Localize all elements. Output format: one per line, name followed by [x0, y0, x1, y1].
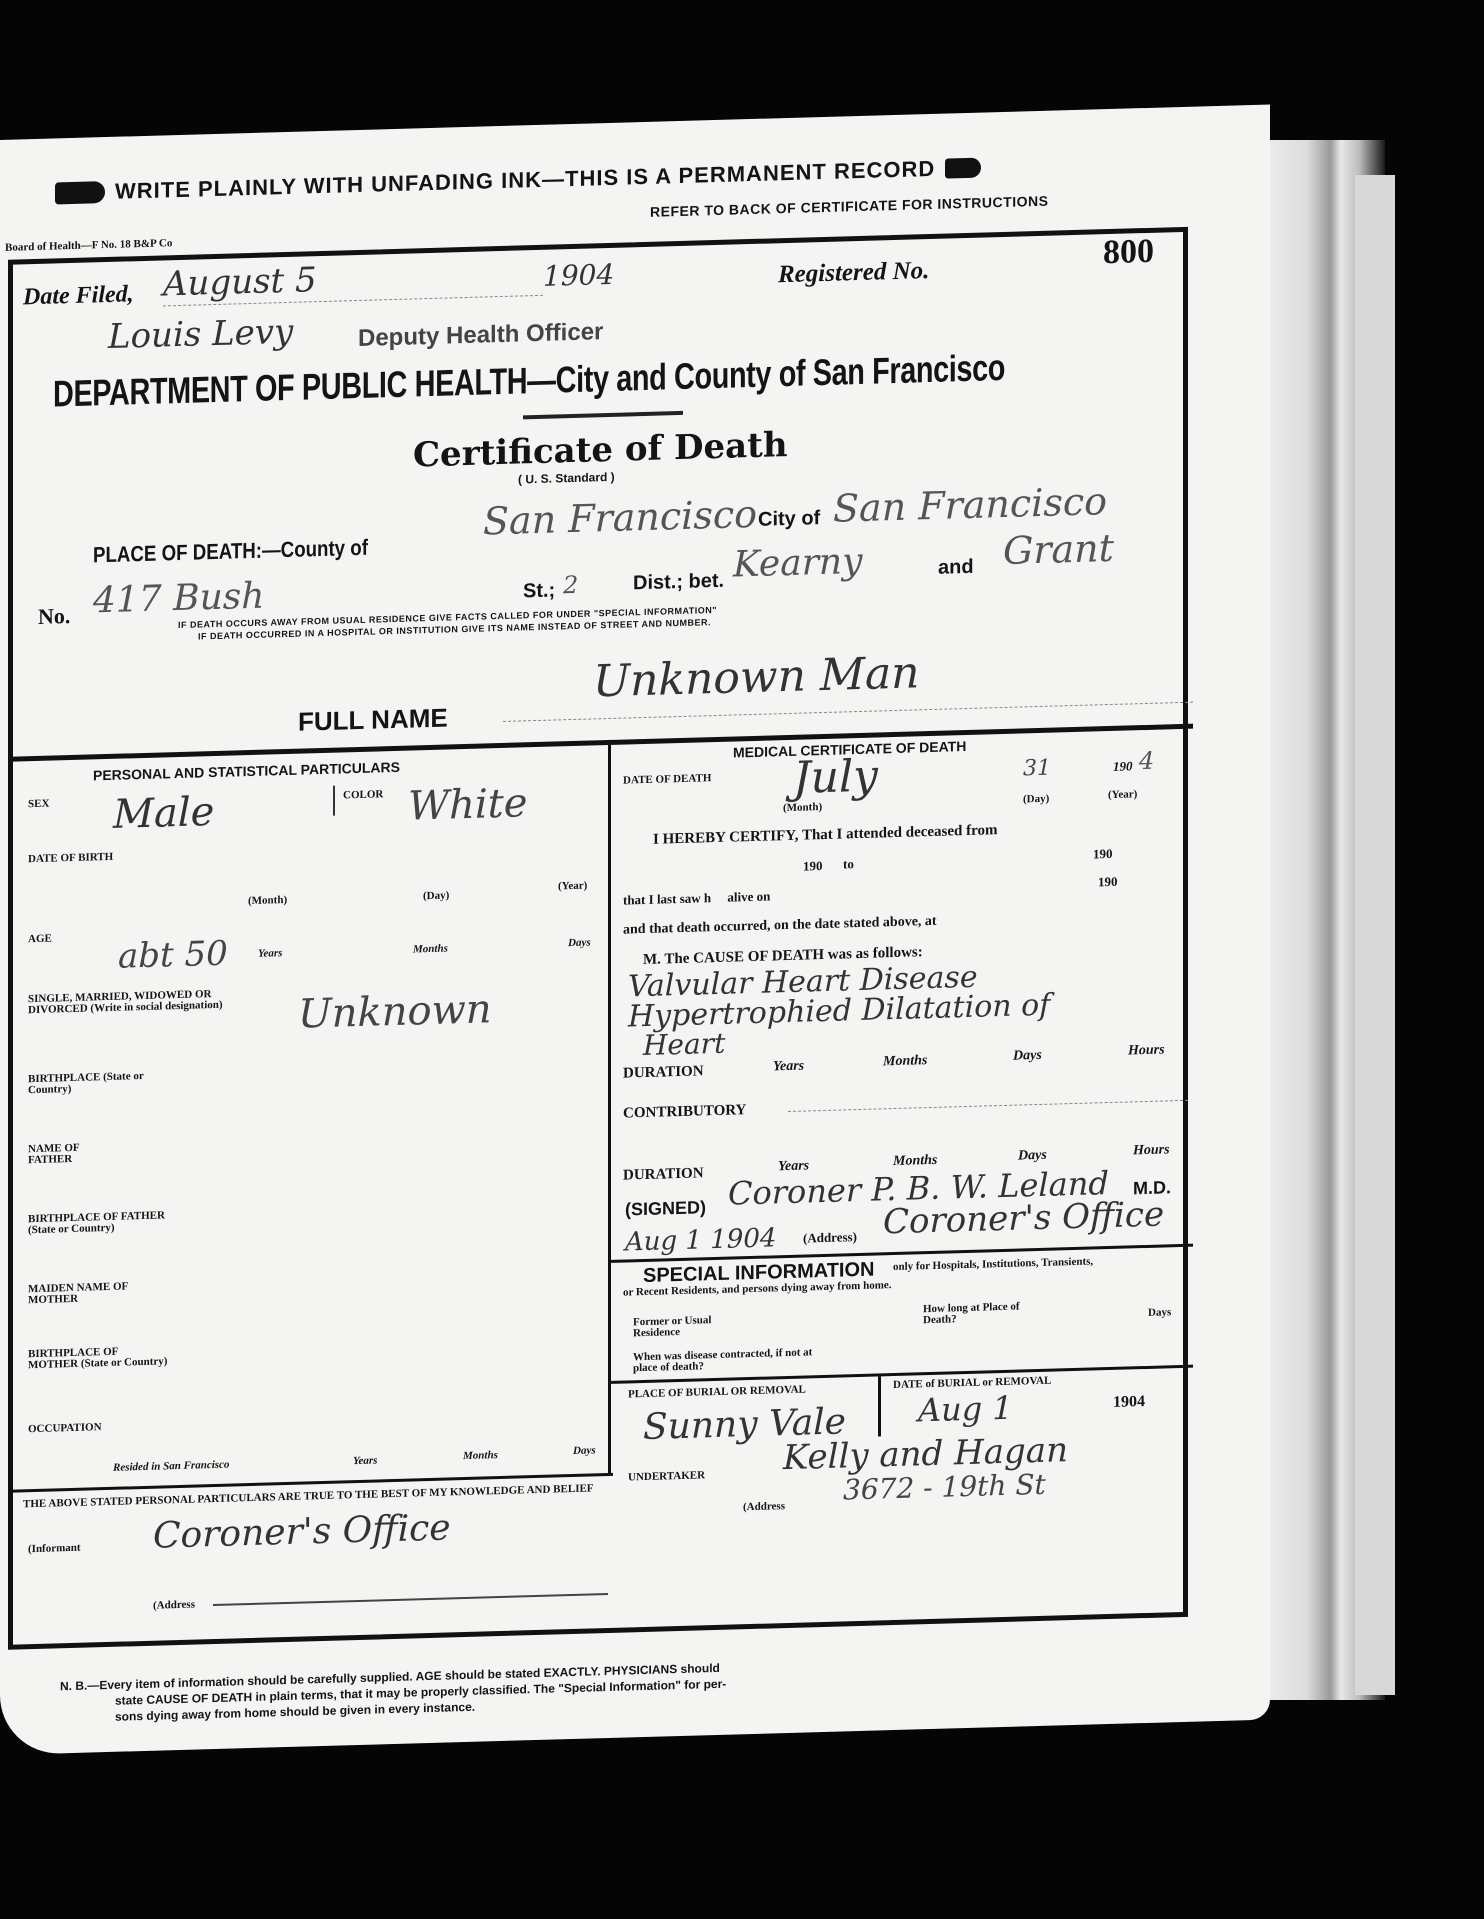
burial-place-label: PLACE OF BURIAL OR REMOVAL: [628, 1384, 806, 1400]
occupation-label: OCCUPATION: [28, 1422, 102, 1435]
color-value: White: [408, 780, 527, 829]
department-title: DEPARTMENT OF PUBLIC HEALTH—City and Cou…: [53, 347, 1005, 416]
book-page-edge-inner: [1355, 175, 1395, 1695]
duration-label-1: DURATION: [623, 1063, 704, 1082]
date-filed-label: Date Filed,: [23, 281, 134, 311]
dod-month-label: (Month): [783, 802, 822, 814]
us-standard: ( U. S. Standard ): [518, 470, 615, 487]
dod-year-label: (Year): [1108, 789, 1137, 801]
refer-instructions: REFER TO BACK OF CERTIFICATE FOR INSTRUC…: [650, 193, 1048, 220]
certificate-title: Certificate of Death: [413, 425, 788, 475]
marital-status-value: Unknown: [298, 986, 492, 1037]
age-label: AGE: [28, 934, 52, 946]
duration-years-1: Years: [773, 1059, 804, 1076]
certify-to-190: 190: [1093, 846, 1113, 863]
burial-date-label: DATE of BURIAL or REMOVAL: [893, 1376, 1051, 1391]
date-filed-value: August 5: [163, 260, 317, 304]
date-of-death-year-prefix: 190: [1113, 758, 1133, 775]
marital-status-label: SINGLE, MARRIED, WIDOWED OR DIVORCED (Wr…: [28, 988, 238, 1016]
age-years-label: Years: [258, 947, 282, 960]
last-saw-statement: that I last saw h alive on: [623, 888, 770, 908]
full-name-label: FULL NAME: [298, 702, 448, 737]
mother-birthplace-label: BIRTHPLACE OF MOTHER (State or Country): [28, 1345, 168, 1371]
officer-signature: Louis Levy: [108, 312, 293, 357]
how-long-days-label: Days: [1148, 1307, 1171, 1319]
special-info-note: only for Hospitals, Institutions, Transi…: [893, 1256, 1093, 1273]
warning-text: WRITE PLAINLY WITH UNFADING INK—THIS IS …: [115, 156, 935, 205]
resided-label: Resided in San Francisco: [113, 1459, 229, 1474]
how-long-label: How long at Place of Death?: [923, 1301, 1033, 1326]
registered-label: Registered No.: [778, 257, 929, 289]
father-birthplace-label: BIRTHPLACE OF FATHER (State or Country): [28, 1210, 168, 1236]
cause-line-3: Heart: [643, 1027, 725, 1062]
district-label: Dist.; bet.: [633, 570, 724, 596]
father-name-label: NAME OF FATHER: [28, 1142, 118, 1167]
certify-to-label: to: [843, 856, 854, 872]
color-label: COLOR: [343, 789, 383, 801]
informant-value: Coroner's Office: [153, 1507, 451, 1556]
officer-title: Deputy Health Officer: [358, 318, 603, 353]
sex-label: SEX: [28, 799, 49, 811]
burial-date-year: 1904: [1113, 1393, 1145, 1412]
undertaker-label: UNDERTAKER: [628, 1470, 705, 1483]
personal-heading: PERSONAL AND STATISTICAL PARTICULARS: [93, 759, 400, 784]
informant-address-label: (Address: [153, 1600, 195, 1612]
certify-statement: I HEREBY CERTIFY, That I attended deceas…: [653, 822, 998, 849]
duration-days-2: Days: [1018, 1148, 1047, 1165]
district-value: 2: [563, 571, 578, 599]
filed-year: 1904: [543, 258, 614, 293]
street-no-label: No.: [38, 603, 70, 630]
board-form-number: Board of Health—F No. 18 B&P Co: [5, 237, 172, 254]
duration-months-1: Months: [883, 1053, 927, 1070]
date-of-death-year-suffix: 4: [1139, 747, 1154, 775]
date-of-death-label: DATE OF DEATH: [623, 773, 711, 786]
contracted-label: When was disease contracted, if not at p…: [633, 1347, 833, 1375]
burial-date-value: Aug 1: [918, 1389, 1013, 1430]
resided-years: Years: [353, 1454, 377, 1467]
duration-days-1: Days: [1013, 1048, 1042, 1065]
mother-maiden-name-label: MAIDEN NAME OF MOTHER: [28, 1281, 148, 1306]
city-label: City of: [758, 507, 820, 532]
signed-date: Aug 1 1904: [625, 1223, 776, 1257]
undertaker-address-value: 3672 - 19th St: [843, 1468, 1046, 1507]
undertaker-address-label: (Address: [743, 1501, 785, 1513]
signed-address-label: (Address): [803, 1231, 857, 1244]
pointing-hand-icon: [55, 181, 105, 204]
informant-label: (Informant: [28, 1543, 81, 1555]
and-label: and: [938, 556, 974, 580]
between-street-2: Grant: [1003, 526, 1114, 573]
resided-months: Months: [463, 1449, 498, 1462]
age-days-label: Days: [568, 937, 591, 950]
age-value: abt 50: [118, 934, 228, 977]
certificate-form: Date Filed, August 5 1904 Registered No.…: [8, 227, 1188, 1650]
date-of-birth-label: DATE OF BIRTH: [28, 852, 113, 865]
duration-hours-1: Hours: [1128, 1042, 1165, 1059]
street-label: St.;: [523, 579, 555, 603]
certify-from-190: 190: [803, 858, 823, 875]
street-value: 417 Bush: [93, 576, 264, 622]
date-of-death-day: 31: [1023, 756, 1051, 782]
between-street-1: Kearny: [733, 541, 862, 586]
footnote: N. B.—Every item of information should b…: [60, 1649, 1110, 1726]
place-of-death-label: PLACE OF DEATH:—County of: [93, 535, 368, 569]
last-saw-190: 190: [1098, 874, 1118, 891]
birthplace-label: BIRTHPLACE (State or Country): [28, 1070, 168, 1096]
date-of-death-month: July: [793, 750, 878, 803]
dob-year-label: (Year): [558, 881, 587, 893]
contributory-label: CONTRIBUTORY: [623, 1102, 746, 1122]
full-name-value: Unknown Man: [593, 647, 920, 707]
dob-day-label: (Day): [423, 890, 449, 902]
pointing-hand-icon-right: [945, 158, 981, 179]
duration-hours-2: Hours: [1133, 1142, 1170, 1159]
age-months-label: Months: [413, 942, 448, 955]
city-value: San Francisco: [833, 479, 1107, 531]
signed-label: (SIGNED): [625, 1197, 706, 1220]
dod-day-label: (Day): [1023, 794, 1049, 806]
signed-address-value: Coroner's Office: [883, 1194, 1164, 1242]
duration-months-2: Months: [893, 1153, 937, 1170]
certificate-page: WRITE PLAINLY WITH UNFADING INK—THIS IS …: [0, 105, 1270, 1755]
county-value: San Francisco: [483, 492, 757, 544]
sex-value: Male: [113, 789, 214, 838]
former-residence-label: Former or Usual Residence: [633, 1315, 723, 1340]
resided-days: Days: [573, 1444, 596, 1457]
dob-month-label: (Month): [248, 895, 287, 907]
duration-label-2: DURATION: [623, 1165, 704, 1184]
death-occurred-statement: and that death occurred, on the date sta…: [623, 914, 937, 939]
registered-number: 800: [1103, 233, 1154, 272]
